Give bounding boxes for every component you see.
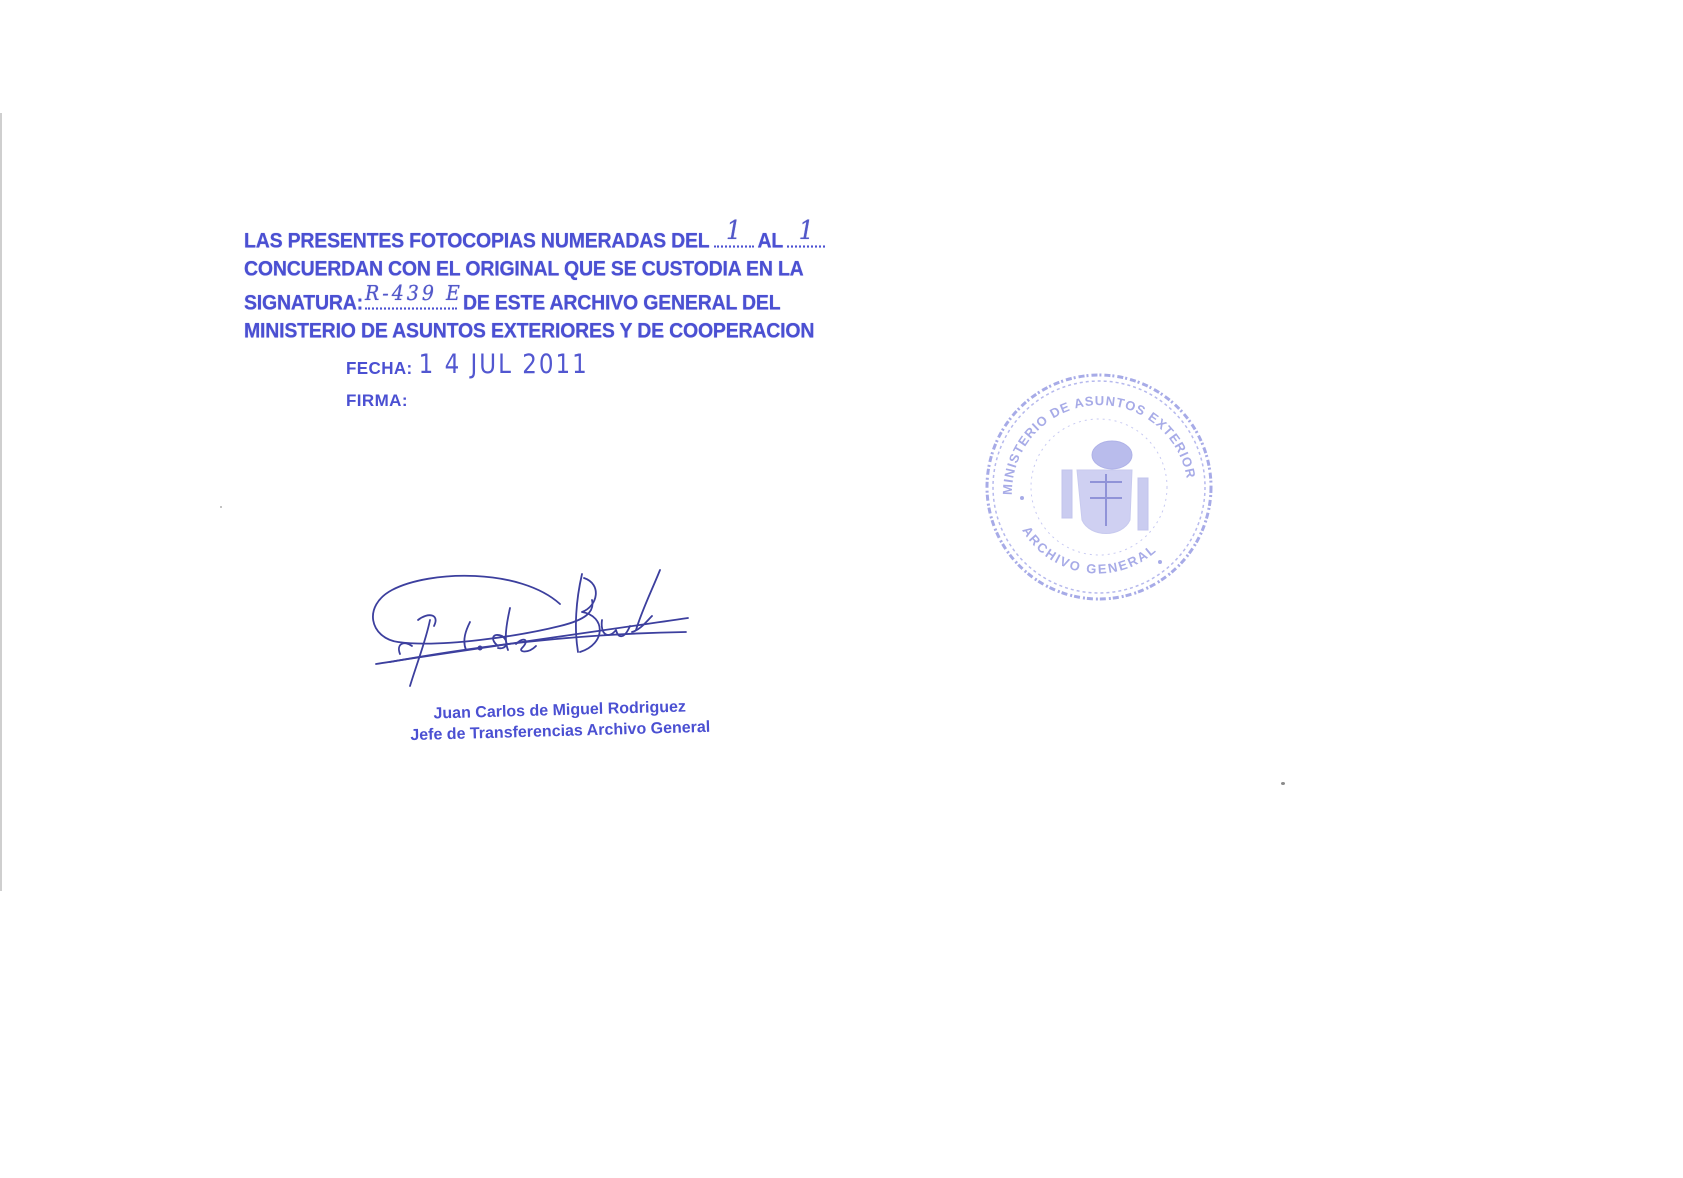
firma-label: FIRMA:: [346, 391, 408, 411]
signatura-field: R-439 E.: [365, 288, 457, 310]
stamp-line-2: CONCUERDAN CON EL ORIGINAL QUE SE CUSTOD…: [244, 257, 804, 281]
fecha-label: FECHA:: [346, 359, 413, 380]
stamp-line-4: MINISTERIO DE ASUNTOS EXTERIORES Y DE CO…: [244, 319, 814, 343]
official-seal: MINISTERIO DE ASUNTOS EXTERIORES Y DE CO…: [982, 370, 1217, 605]
stamp-line-1-prefix: LAS PRESENTES FOTOCOPIAS NUMERADAS DEL: [244, 229, 710, 253]
signatura-label: SIGNATURA:: [244, 291, 363, 315]
from-page-value: 1: [714, 217, 754, 243]
stamp-line-1: LAS PRESENTES FOTOCOPIAS NUMERADAS DEL1A…: [244, 226, 825, 253]
fecha-value: 1 4 JUL 2011: [419, 350, 589, 380]
stamp-line-1-mid: AL: [758, 229, 784, 253]
scan-speck: [1281, 782, 1285, 785]
scan-speck: [220, 506, 222, 508]
stamp-line-3: SIGNATURA:R-439 E.DE ESTE ARCHIVO GENERA…: [244, 288, 780, 315]
to-page-value: 1: [787, 217, 825, 243]
svg-text:ARCHIVO GENERAL: ARCHIVO GENERAL: [1019, 523, 1159, 576]
fecha-row: FECHA:1 4 JUL 2011: [346, 354, 589, 380]
signer-block: Juan Carlos de Miguel Rodriguez Jefe de …: [389, 695, 730, 746]
scan-page-edge: [0, 113, 2, 891]
stamp-line-3-suffix: DE ESTE ARCHIVO GENERAL DEL: [463, 291, 780, 315]
seal-ring-text-bottom: ARCHIVO GENERAL: [1019, 523, 1159, 576]
handwritten-signature: [370, 560, 700, 700]
signatura-value: R-439 E.: [365, 280, 457, 306]
coat-of-arms-icon: [1062, 441, 1148, 534]
from-page-field: 1: [714, 226, 754, 248]
to-page-field: 1: [787, 226, 825, 248]
